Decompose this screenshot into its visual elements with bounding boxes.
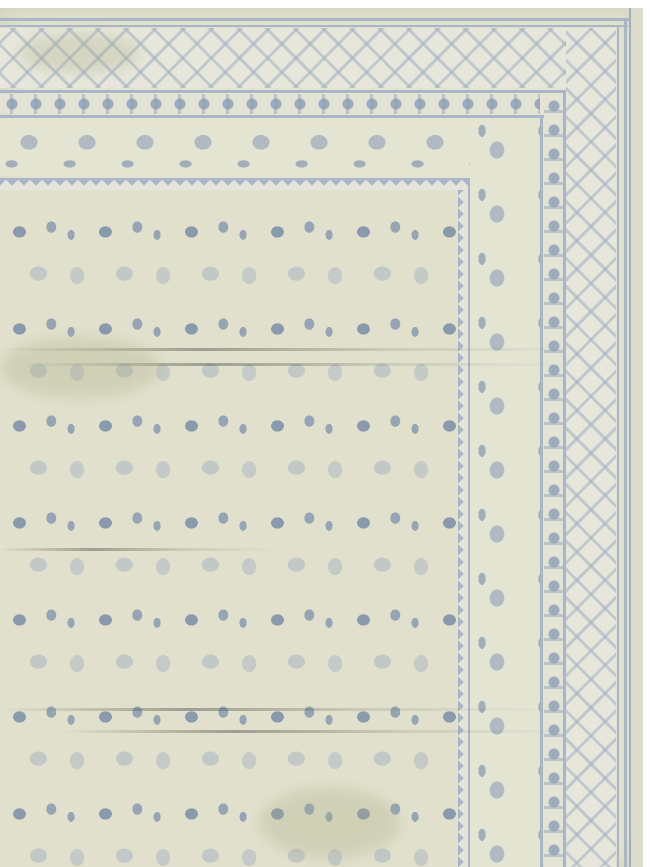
inner-stripe-right	[468, 180, 470, 867]
guard-stripe-top	[0, 90, 566, 93]
guard-stripe-right-2	[540, 115, 543, 867]
outer-stripe-top	[0, 18, 630, 21]
crease-line	[0, 548, 280, 551]
sawtooth-border-right	[458, 190, 468, 867]
rug-photo	[0, 8, 643, 867]
stain-top-left	[20, 33, 140, 73]
guard-stripe-right	[563, 90, 566, 867]
crease-line	[60, 730, 580, 733]
motif-field	[0, 190, 458, 867]
outer-stripe-top-2	[0, 25, 628, 27]
crease-line	[0, 708, 560, 711]
stain-bottom	[260, 788, 400, 858]
motif-border-right	[544, 94, 563, 867]
floral-border-top	[0, 118, 540, 176]
sawtooth-border-top	[0, 180, 468, 190]
outer-stripe-right	[624, 18, 627, 867]
floral-border-right	[470, 118, 540, 867]
motif-border-top	[0, 94, 540, 114]
outer-stripe-right-2	[617, 25, 619, 867]
zigzag-border-right	[566, 28, 616, 867]
rug-selvedge-right	[629, 8, 643, 867]
stain-left	[0, 338, 160, 398]
